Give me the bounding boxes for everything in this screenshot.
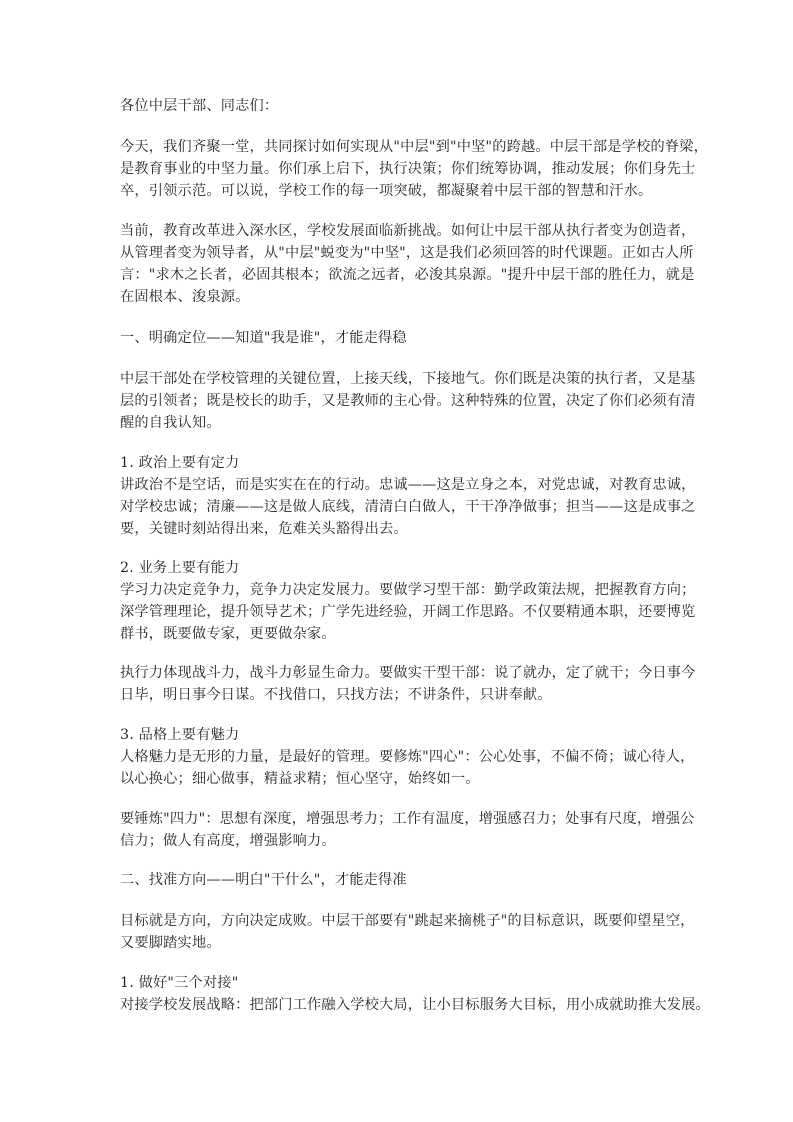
text-line: 今天，我们齐聚一堂，共同探讨如何实现从"中层"到"中坚"的跨越。中层干部是学校的… <box>120 136 674 158</box>
text-line: 人格魅力是无形的力量，是最好的管理。要修炼"四心"：公心处事，不偏不倚；诚心待人… <box>120 746 674 768</box>
subheading-political: 1. 政治上要有定力 <box>120 452 674 474</box>
text-line: 对学校忠诚；清廉——这是做人底线，清清白白做人，干干净净做事；担当——这是成事之 <box>120 496 674 518</box>
text-line: 当前，教育改革进入深水区，学校发展面临新挑战。如何让中层干部从执行者变为创造者， <box>120 220 674 242</box>
text-line: 中层干部处在学校管理的关键位置，上接天线，下接地气。你们既是决策的执行者，又是基 <box>120 368 674 390</box>
text-line: 目标就是方向，方向决定成败。中层干部要有"跳起来摘桃子"的目标意识，既要仰望星空… <box>120 910 674 932</box>
text-line: 层的引领者；既是校长的助手，又是教师的主心骨。这种特殊的位置，决定了你们必须有清 <box>120 390 674 412</box>
text-line: 要，关键时刻站得出来，危难关头豁得出去。 <box>120 518 674 540</box>
text-line: 在固根本、浚泉源。 <box>120 286 674 308</box>
text-line: 日毕，明日事今日谋。不找借口，只找方法；不讲条件，只讲奉献。 <box>120 684 674 706</box>
section-heading-1: 一、明确定位——知道"我是谁"，才能走得稳 <box>120 327 674 349</box>
text-line: 卒，引领示范。可以说，学校工作的每一项突破，都凝聚着中层干部的智慧和汗水。 <box>120 180 674 202</box>
text-line: 深学管理理论，提升领导艺术；广学先进经验，开阔工作思路。不仅要精通本职，还要博览 <box>120 601 674 623</box>
text-line: 要锤炼"四力"：思想有深度，增强思考力；工作有温度，增强感召力；处事有尺度，增强… <box>120 808 674 830</box>
text-line: 学习力决定竞争力，竞争力决定发展力。要做学习型干部：勤学政策法规，把握教育方向； <box>120 579 674 601</box>
text-line: 从管理者变为领导者，从"中层"蜕变为"中坚"，这是我们必须回答的时代课题。正如古… <box>120 242 674 264</box>
text-line: 以心换心；细心做事，精益求精；恒心坚守，始终如一。 <box>120 768 674 790</box>
text-line: 是教育事业的中坚力量。你们承上启下，执行决策；你们统筹协调，推动发展；你们身先士 <box>120 158 674 180</box>
text-line: 醒的自我认知。 <box>120 412 674 434</box>
subheading-ability: 2. 业务上要有能力 <box>120 557 674 579</box>
text-line: 讲政治不是空话，而是实实在在的行动。忠诚——这是立身之本，对党忠诚，对教育忠诚， <box>120 474 674 496</box>
subheading-character: 3. 品格上要有魅力 <box>120 724 674 746</box>
text-line: 执行力体现战斗力，战斗力彰显生命力。要做实干型干部：说了就办，定了就干；今日事今 <box>120 662 674 684</box>
text-line: 又要脚踏实地。 <box>120 932 674 954</box>
text-line: 对接学校发展战略：把部门工作融入学校大局，让小目标服务大目标，用小成就助推大发展… <box>120 994 674 1016</box>
text-line: 言："求木之长者，必固其根本；欲流之远者，必浚其泉源。"提升中层干部的胜任力，就… <box>120 264 674 286</box>
text-line: 群书，既要做专家，更要做杂家。 <box>120 623 674 645</box>
text-line: 信力；做人有高度，增强影响力。 <box>120 830 674 852</box>
subheading-three-connections: 1. 做好"三个对接" <box>120 972 674 994</box>
salutation: 各位中层干部、同志们： <box>120 95 674 117</box>
section-heading-2: 二、找准方向——明白"干什么"，才能走得准 <box>120 869 674 891</box>
